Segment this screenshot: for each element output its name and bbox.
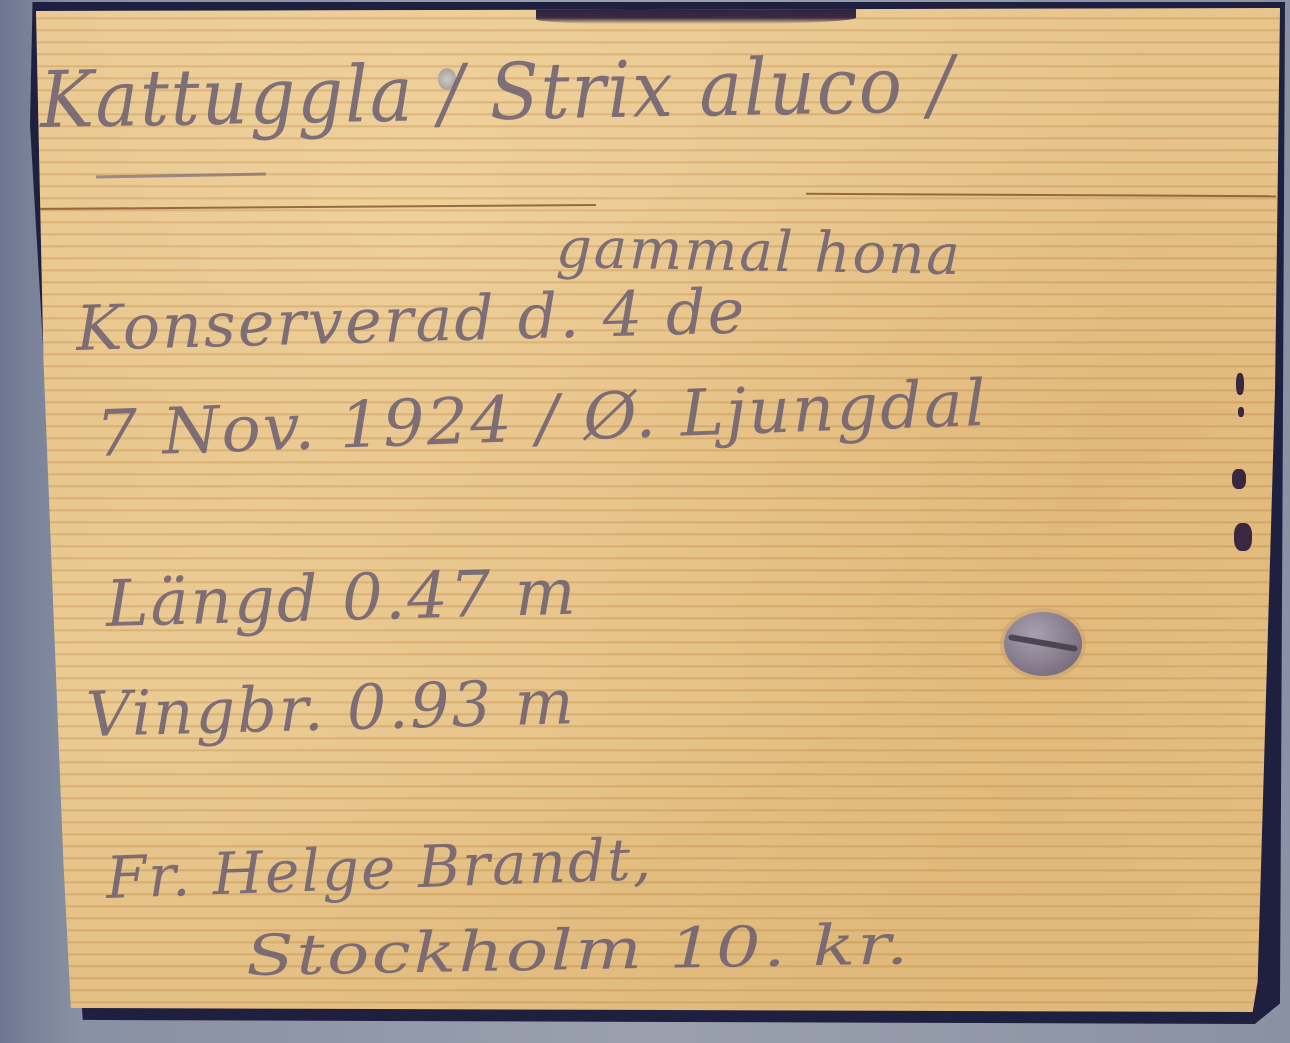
ink-mark	[1232, 469, 1246, 489]
label-line-wingspan: Vingbr. 0.93 m	[85, 665, 576, 751]
ink-mark	[1238, 407, 1244, 417]
wood-crack-left	[36, 204, 596, 210]
screw-head-icon	[1004, 612, 1082, 676]
screw-slot	[1008, 634, 1078, 652]
ink-mark	[1236, 373, 1244, 395]
label-line-date: 7 Nov. 1924 / Ø. Ljungdal	[95, 367, 989, 472]
species-underline	[96, 173, 266, 179]
wood-crack-right	[806, 193, 1276, 197]
label-line-length: Längd 0.47 m	[105, 556, 578, 642]
label-line-species: Kattuggla / Strix aluco /	[39, 40, 955, 146]
wooden-base: Kattuggla / Strix aluco / gammal hona Ko…	[36, 8, 1280, 1012]
ink-mark	[1234, 523, 1252, 551]
label-line-donor: Fr. Helge Brandt,	[105, 825, 654, 912]
paint-stain	[536, 8, 856, 24]
label-line-preserved: Konserverad d. 4 de	[75, 274, 747, 365]
label-line-place-price: Stockholm 10. kr.	[245, 912, 911, 989]
